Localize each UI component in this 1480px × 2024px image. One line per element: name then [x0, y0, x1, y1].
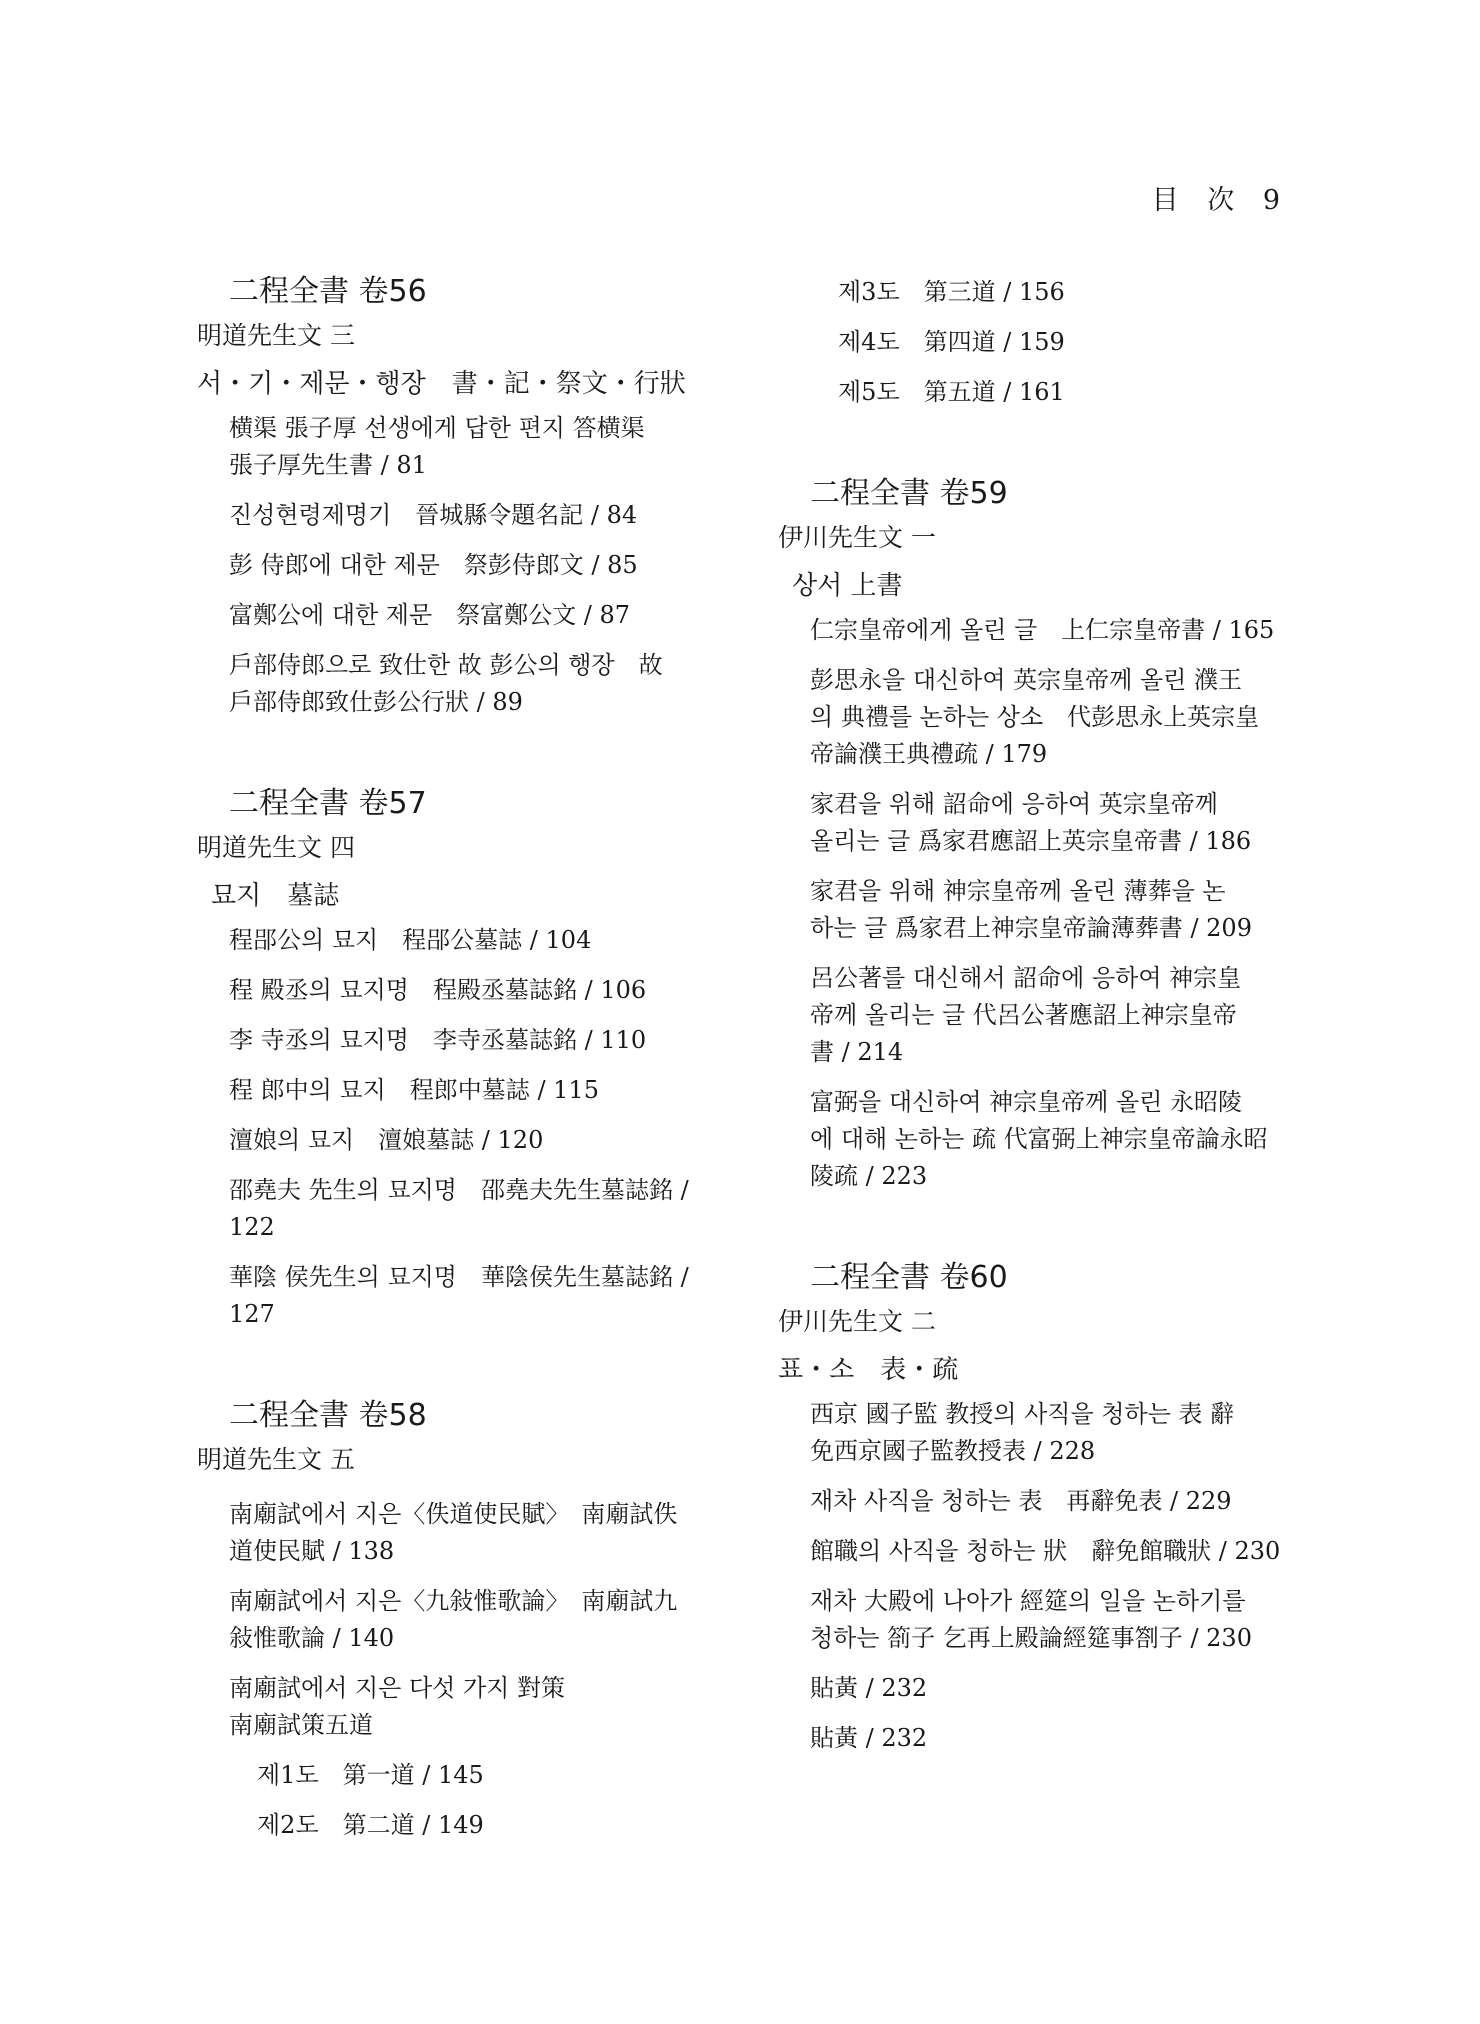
- toc-entry-line: 道使民賦 / 138: [229, 1533, 717, 1570]
- toc-entry-line: 진성현령제명기 晉城縣令題名記 / 84: [229, 497, 717, 534]
- toc-entry-line: 제2도 第二道 / 149: [257, 1807, 717, 1844]
- toc-entry: 呂公著를 대신해서 詔命에 응하여 神宗皇帝께 올리는 글 代呂公著應詔上神宗皇…: [810, 960, 1298, 1071]
- toc-entry: 仁宗皇帝에게 올린 글 上仁宗皇帝書 / 165: [810, 612, 1298, 649]
- section-heading: 서・기・제문・행장 書・記・祭文・行狀: [197, 358, 717, 410]
- right-column: 제3도 第三道 / 156제4도 第四道 / 159제5도 第五道 / 161二…: [778, 274, 1298, 1770]
- toc-entry: 彭 侍郎에 대한 제문 祭彭侍郎文 / 85: [229, 547, 717, 584]
- toc-entry: 西京 國子監 教授의 사직을 청하는 表 辭免西京國子監教授表 / 228: [810, 1396, 1298, 1470]
- volume-gap: [197, 1346, 717, 1394]
- toc-entry-line: 제4도 第四道 / 159: [838, 324, 1298, 361]
- author-heading: 伊川先生文 一: [778, 516, 1298, 560]
- toc-entry-line: 澶娘의 묘지 澶娘墓誌 / 120: [229, 1122, 717, 1159]
- toc-entry-line: 李 寺丞의 묘지명 李寺丞墓誌銘 / 110: [229, 1022, 717, 1059]
- toc-entry-line: 彭 侍郎에 대한 제문 祭彭侍郎文 / 85: [229, 547, 717, 584]
- toc-entry-line: 帝께 올리는 글 代呂公著應詔上神宗皇帝: [810, 997, 1298, 1034]
- toc-entry-line: 呂公著를 대신해서 詔命에 응하여 神宗皇: [810, 960, 1298, 997]
- toc-entry-line: 제3도 第三道 / 156: [838, 274, 1298, 311]
- toc-entry-line: 南廟試에서 지은〈九敍惟歌論〉 南廟試九: [229, 1583, 717, 1620]
- toc-entry: 澶娘의 묘지 澶娘墓誌 / 120: [229, 1122, 717, 1159]
- toc-entry-line: 의 典禮를 논하는 상소 代彭思永上英宗皇: [810, 699, 1298, 736]
- toc-entry-line: 彭思永을 대신하여 英宗皇帝께 올린 濮王: [810, 662, 1298, 699]
- toc-entry: 제3도 第三道 / 156: [838, 274, 1298, 311]
- section-heading: 묘지 墓誌: [211, 870, 717, 922]
- toc-entry-line: 程 殿丞의 묘지명 程殿丞墓誌銘 / 106: [229, 972, 717, 1009]
- author-heading: 明道先生文 三: [197, 314, 717, 358]
- toc-entry-line: 邵堯夫 先生의 묘지명 邵堯夫先生墓誌銘 / 122: [229, 1172, 717, 1246]
- toc-entry-line: 하는 글 爲家君上神宗皇帝論薄葬書 / 209: [810, 910, 1298, 947]
- volume-gap: [778, 424, 1298, 472]
- toc-entry: 貼黃 / 232: [810, 1720, 1298, 1757]
- toc-entry: 富弼을 대신하여 神宗皇帝께 올린 永昭陵에 대해 논하는 疏 代富弼上神宗皇帝…: [810, 1084, 1298, 1195]
- toc-entry-line: 横渠 張子厚 선생에게 답한 편지 答横渠: [229, 410, 717, 447]
- author-heading: 明道先生文 四: [197, 826, 717, 870]
- toc-entry-line: 西京 國子監 教授의 사직을 청하는 表 辭: [810, 1396, 1298, 1433]
- toc-entry: 제2도 第二道 / 149: [257, 1807, 717, 1844]
- toc-entry: 진성현령제명기 晉城縣令題名記 / 84: [229, 497, 717, 534]
- toc-entry: 程 郎中의 묘지 程郎中墓誌 / 115: [229, 1072, 717, 1109]
- volume-title: 二程全書 卷59: [810, 472, 1298, 516]
- toc-entry: 南廟試에서 지은〈九敍惟歌論〉 南廟試九敍惟歌論 / 140: [229, 1583, 717, 1657]
- toc-entry: 邵堯夫 先生의 묘지명 邵堯夫先生墓誌銘 / 122: [229, 1172, 717, 1246]
- toc-entry-line: 敍惟歌論 / 140: [229, 1620, 717, 1657]
- section-heading: 표・소 表・疏: [778, 1344, 1298, 1396]
- toc-entry-line: 올리는 글 爲家君應詔上英宗皇帝書 / 186: [810, 823, 1298, 860]
- running-head: 目 次 9: [1152, 178, 1290, 217]
- volume-title: 二程全書 卷56: [229, 270, 717, 314]
- toc-entry-line: 戶部侍郎致仕彭公行狀 / 89: [229, 684, 717, 721]
- toc-entry-line: 程郘公의 묘지 程郘公墓誌 / 104: [229, 922, 717, 959]
- toc-entry-line: 청하는 箚子 乞再上殿論經筵事劄子 / 230: [810, 1620, 1298, 1657]
- toc-entry-line: 張子厚先生書 / 81: [229, 447, 717, 484]
- volume-title: 二程全書 卷58: [229, 1394, 717, 1438]
- toc-entry-line: 陵疏 / 223: [810, 1158, 1298, 1195]
- toc-entry-line: 富弼을 대신하여 神宗皇帝께 올린 永昭陵: [810, 1084, 1298, 1121]
- left-column: 二程全書 卷56明道先生文 三서・기・제문・행장 書・記・祭文・行狀横渠 張子厚…: [197, 270, 717, 1857]
- toc-entry: 재차 사직을 청하는 表 再辭免表 / 229: [810, 1483, 1298, 1520]
- toc-entry: 家君을 위해 神宗皇帝께 올린 薄葬을 논하는 글 爲家君上神宗皇帝論薄葬書 /…: [810, 873, 1298, 947]
- toc-entry-line: 家君을 위해 詔命에 응하여 英宗皇帝께: [810, 786, 1298, 823]
- toc-entry: 南廟試에서 지은 다섯 가지 對策南廟試策五道: [229, 1670, 717, 1744]
- toc-entry: 華陰 侯先生의 묘지명 華陰侯先生墓誌銘 / 127: [229, 1259, 717, 1333]
- toc-entry-line: 華陰 侯先生의 묘지명 華陰侯先生墓誌銘 / 127: [229, 1259, 717, 1333]
- toc-entry: 程郘公의 묘지 程郘公墓誌 / 104: [229, 922, 717, 959]
- toc-entry-line: 富鄭公에 대한 제문 祭富鄭公文 / 87: [229, 597, 717, 634]
- toc-entry: 館職의 사직을 청하는 狀 辭免館職狀 / 230: [810, 1533, 1298, 1570]
- toc-entry-line: 제1도 第一道 / 145: [257, 1757, 717, 1794]
- toc-entry-line: 南廟試에서 지은〈佚道使民賦〉 南廟試佚: [229, 1496, 717, 1533]
- toc-entry-line: 免西京國子監教授表 / 228: [810, 1433, 1298, 1470]
- toc-entry: 李 寺丞의 묘지명 李寺丞墓誌銘 / 110: [229, 1022, 717, 1059]
- page-number: 9: [1263, 185, 1290, 216]
- toc-entry-line: 재차 大殿에 나아가 經筵의 일을 논하기를: [810, 1583, 1298, 1620]
- toc-entry: 横渠 張子厚 선생에게 답한 편지 答横渠張子厚先生書 / 81: [229, 410, 717, 484]
- toc-entry: 富鄭公에 대한 제문 祭富鄭公文 / 87: [229, 597, 717, 634]
- toc-entry: 程 殿丞의 묘지명 程殿丞墓誌銘 / 106: [229, 972, 717, 1009]
- volume-gap: [778, 1208, 1298, 1256]
- toc-entry-line: 貼黃 / 232: [810, 1720, 1298, 1757]
- toc-entry: 貼黃 / 232: [810, 1670, 1298, 1707]
- toc-entry-line: 재차 사직을 청하는 表 再辭免表 / 229: [810, 1483, 1298, 1520]
- toc-entry: 제4도 第四道 / 159: [838, 324, 1298, 361]
- volume-gap: [197, 734, 717, 782]
- toc-entry-line: 南廟試策五道: [229, 1707, 717, 1744]
- toc-entry-line: 仁宗皇帝에게 올린 글 上仁宗皇帝書 / 165: [810, 612, 1298, 649]
- toc-entry-line: 程 郎中의 묘지 程郎中墓誌 / 115: [229, 1072, 717, 1109]
- toc-entry: 제5도 第五道 / 161: [838, 374, 1298, 411]
- toc-entry: 재차 大殿에 나아가 經筵의 일을 논하기를청하는 箚子 乞再上殿論經筵事劄子 …: [810, 1583, 1298, 1657]
- toc-entry-line: 南廟試에서 지은 다섯 가지 對策: [229, 1670, 717, 1707]
- section-spacer: [197, 1482, 717, 1496]
- toc-entry: 家君을 위해 詔命에 응하여 英宗皇帝께올리는 글 爲家君應詔上英宗皇帝書 / …: [810, 786, 1298, 860]
- toc-entry: 戶部侍郎으로 致仕한 故 彭公의 행장 故戶部侍郎致仕彭公行狀 / 89: [229, 647, 717, 721]
- toc-entry: 제1도 第一道 / 145: [257, 1757, 717, 1794]
- author-heading: 伊川先生文 二: [778, 1300, 1298, 1344]
- toc-entry-line: 제5도 第五道 / 161: [838, 374, 1298, 411]
- volume-title: 二程全書 卷57: [229, 782, 717, 826]
- toc-entry-line: 家君을 위해 神宗皇帝께 올린 薄葬을 논: [810, 873, 1298, 910]
- running-head-title: 目 次: [1152, 185, 1245, 216]
- section-heading: 상서 上書: [792, 560, 1298, 612]
- toc-entry-line: 帝論濮王典禮疏 / 179: [810, 736, 1298, 773]
- toc-entry-line: 에 대해 논하는 疏 代富弼上神宗皇帝論永昭: [810, 1121, 1298, 1158]
- volume-title: 二程全書 卷60: [810, 1256, 1298, 1300]
- toc-entry-line: 書 / 214: [810, 1034, 1298, 1071]
- toc-entry-line: 館職의 사직을 청하는 狀 辭免館職狀 / 230: [810, 1533, 1298, 1570]
- toc-entry-line: 貼黃 / 232: [810, 1670, 1298, 1707]
- toc-entry: 南廟試에서 지은〈佚道使民賦〉 南廟試佚道使民賦 / 138: [229, 1496, 717, 1570]
- toc-entry-line: 戶部侍郎으로 致仕한 故 彭公의 행장 故: [229, 647, 717, 684]
- toc-entry: 彭思永을 대신하여 英宗皇帝께 올린 濮王의 典禮를 논하는 상소 代彭思永上英…: [810, 662, 1298, 773]
- author-heading: 明道先生文 五: [197, 1438, 717, 1482]
